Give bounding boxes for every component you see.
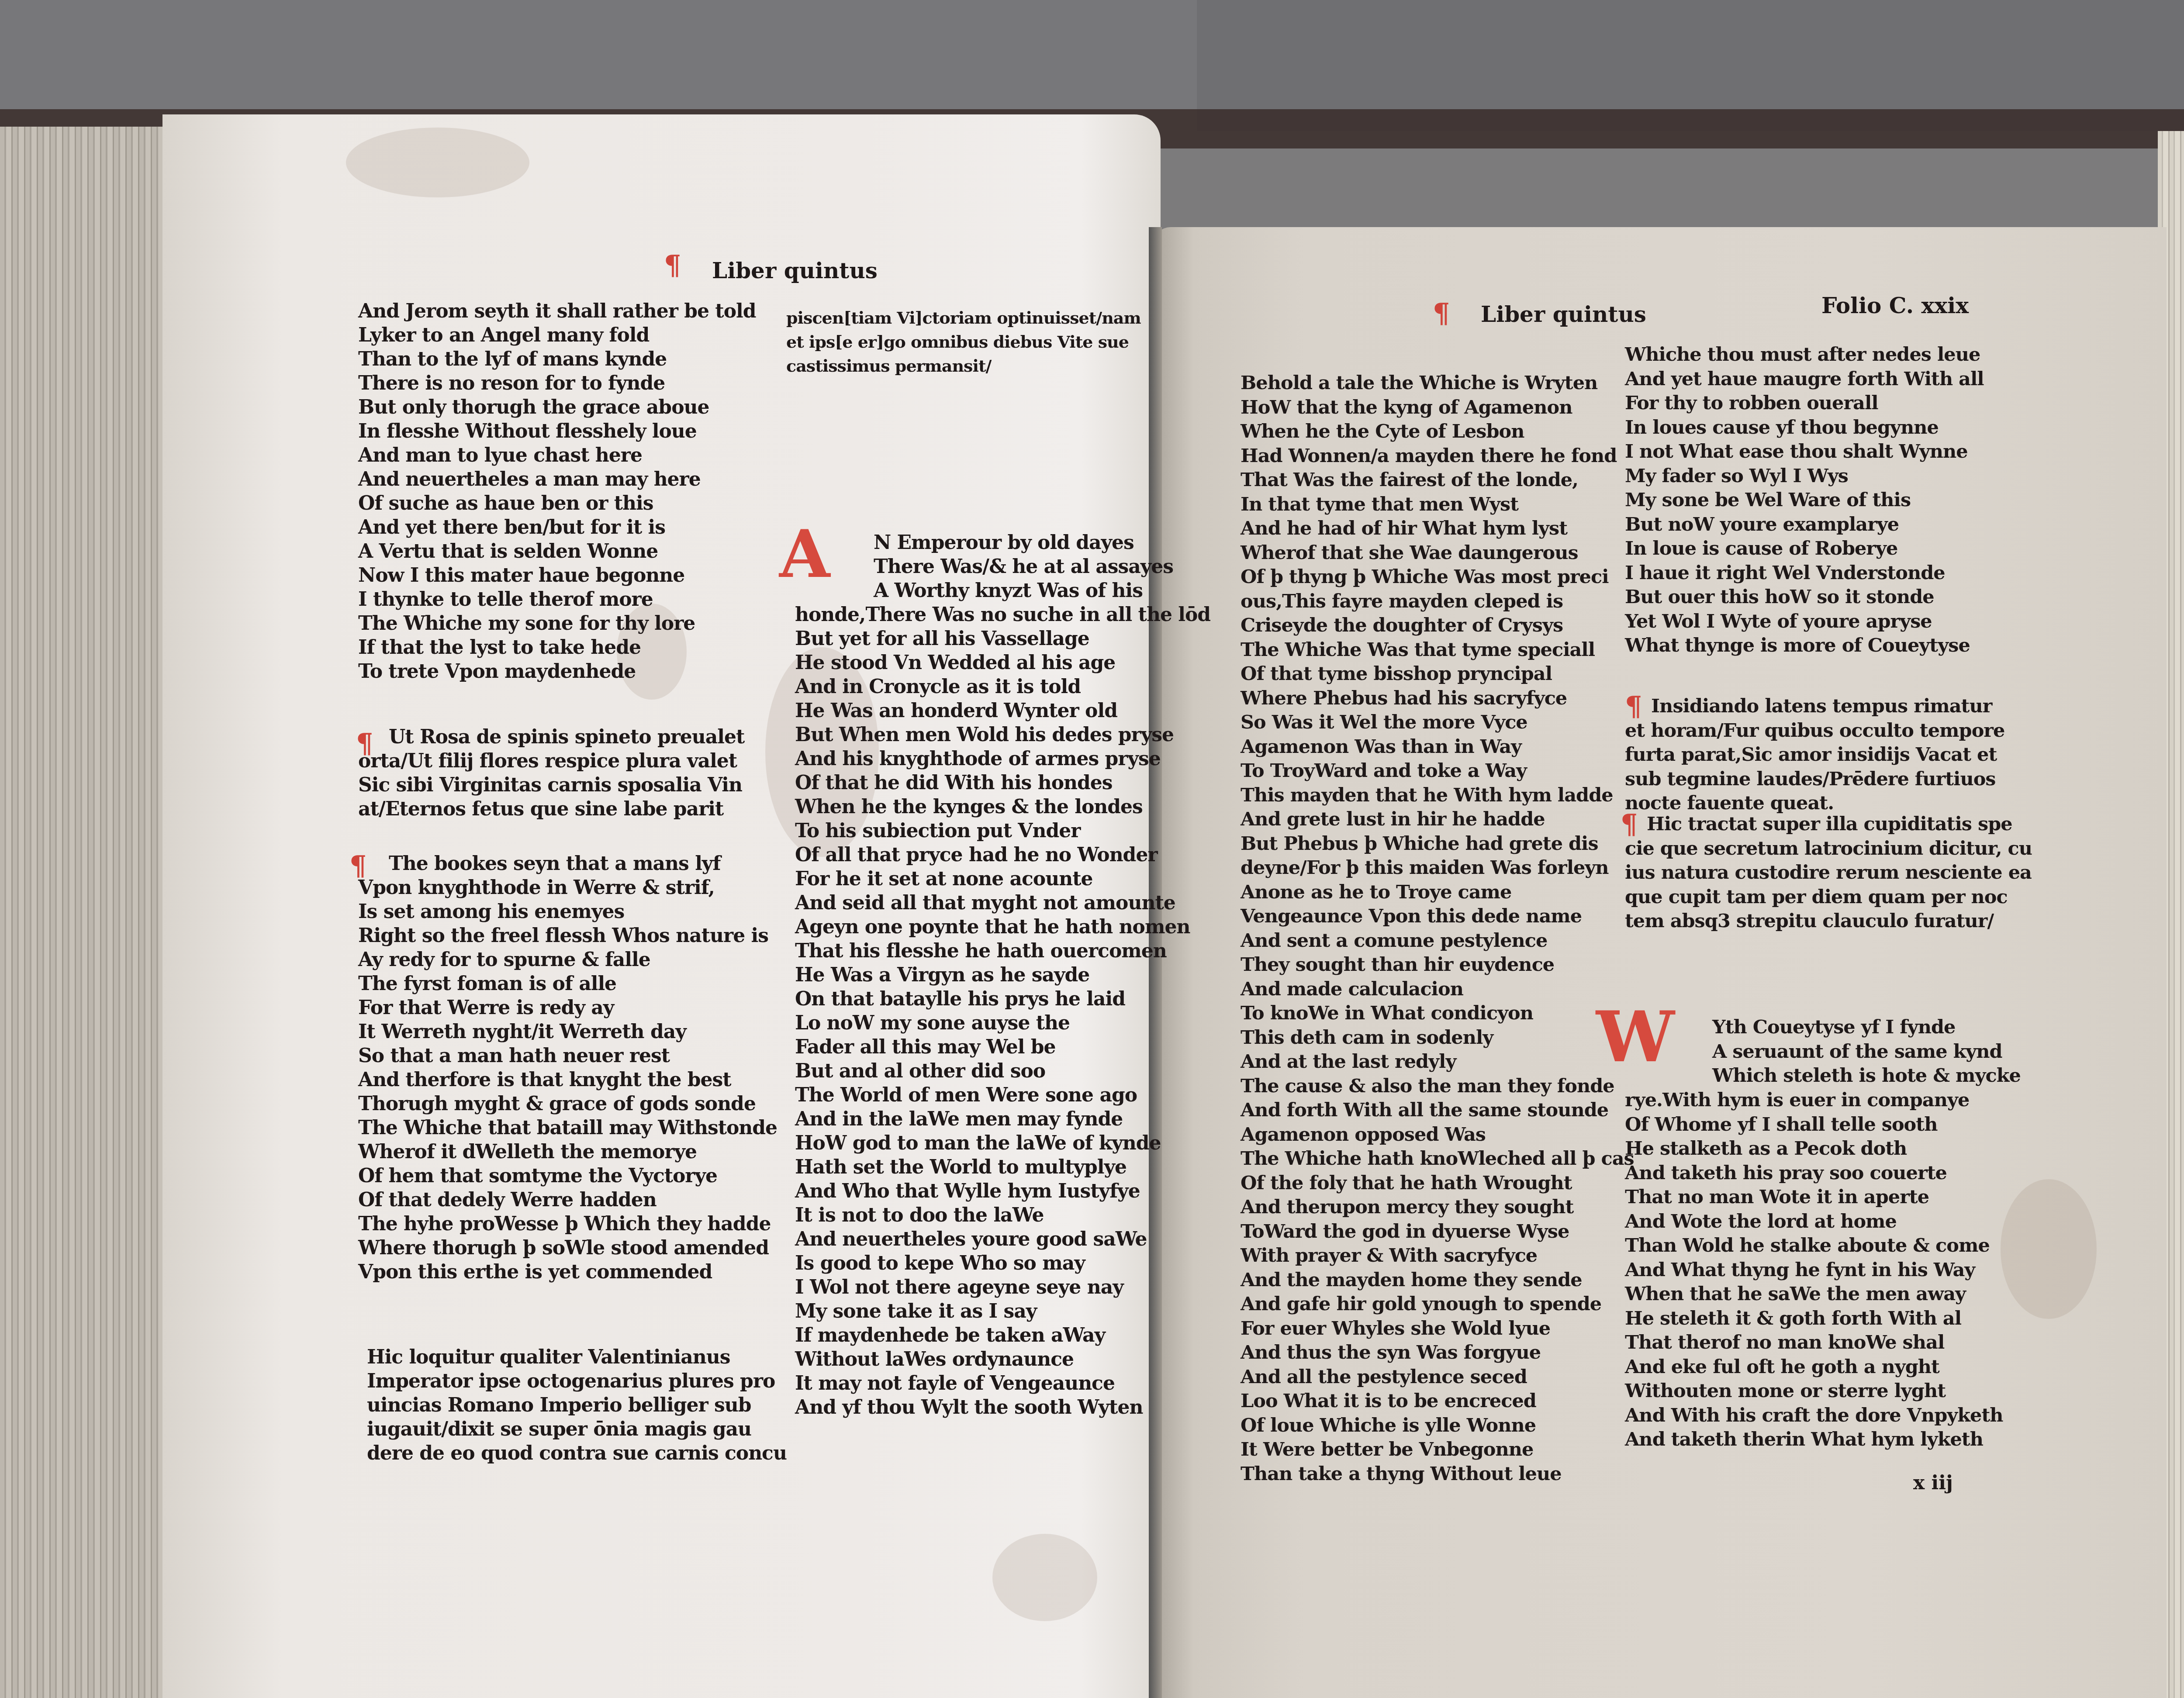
verse-line: The fyrst foman is of alle <box>358 972 777 996</box>
verse-line: Of suche as haue ben or this <box>358 491 756 515</box>
verse-line: And thus the syn Was forgyue <box>1241 1341 1634 1365</box>
left-col2-stanza: honde,There Was no suche in all the lōd … <box>795 603 1210 1419</box>
left-col1-latin-gloss-1: Ut Rosa de spinis spineto preualet orta/… <box>358 725 744 821</box>
verse-line: So that a man hath neuer rest <box>358 1044 777 1068</box>
verse-line: Than to the lyf of mans kynde <box>358 347 756 371</box>
pilcrow-mark: ¶ <box>1433 297 1450 329</box>
right-col2-stanza2: rye.With hym is euer in companye Of Whom… <box>1625 1088 2003 1452</box>
right-col2-indented-lines: Yth Coueytyse yf I fynde A seruaunt of t… <box>1712 1015 2021 1088</box>
verse-line: With prayer & With sacryfyce <box>1241 1244 1634 1268</box>
verse-line: Of loue Whiche is ylle Wonne <box>1241 1414 1634 1438</box>
foxing-stain <box>2001 1179 2097 1319</box>
verse-line: Is good to kepe Who so may <box>795 1251 1210 1275</box>
verse-line: And neuertheles a man may here <box>358 467 756 491</box>
verse-line: Fader all this may Wel be <box>795 1035 1210 1059</box>
verse-line: HoW that the kyng of Agamenon <box>1241 396 1634 420</box>
verse-line: In loue is cause of Roberye <box>1625 537 1984 561</box>
verse-line: And sent a comune pestylence <box>1241 929 1634 953</box>
latin-line: Sic sibi Virginitas carnis sposalia Vin <box>358 773 744 797</box>
verse-line: ToWard the god in dyuerse Wyse <box>1241 1220 1634 1244</box>
verse-line: Wherof it dWelleth the memorye <box>358 1140 777 1164</box>
verse-line: In loues cause yf thou begynne <box>1625 416 1984 440</box>
latin-line: piscen[tiam Vi]ctoriam optinuisset/nam <box>786 306 1141 330</box>
verse-line: My fader so Wyl I Wys <box>1625 464 1984 489</box>
verse-line: Thorugh myght & grace of gods sonde <box>358 1092 777 1116</box>
right-col2-stanza1: Whiche thou must after nedes leue And ye… <box>1625 343 1984 658</box>
verse-line: That therof no man knoWe shal <box>1625 1331 2003 1355</box>
verse-line: A seruaunt of the same kynd <box>1712 1040 2021 1064</box>
latin-line: ius natura custodire rerum nesciente ea <box>1625 861 2032 885</box>
verse-line: But ouer this hoW so it stonde <box>1625 585 1984 610</box>
verse-line: Lo noW my sone auyse the <box>795 1011 1210 1035</box>
verse-line: Right so the freel flessh Whos nature is <box>358 924 777 948</box>
verse-line: And therfore is that knyght the best <box>358 1068 777 1092</box>
verse-line: The Whiche my sone for thy lore <box>358 611 756 635</box>
verse-line: On that bataylle his prys he laid <box>795 987 1210 1011</box>
verse-line: And yf thou Wylt the sooth Wyten <box>795 1395 1210 1419</box>
signature-mark: x iij <box>1913 1472 1953 1494</box>
verse-line: Of that he did With his hondes <box>795 771 1210 795</box>
left-col2-latin-top: piscen[tiam Vi]ctoriam optinuisset/nam e… <box>786 306 1141 378</box>
latin-line: Hic loquitur qualiter Valentinianus <box>367 1345 787 1369</box>
verse-line: Where thorugh þ soWle stood amended <box>358 1236 777 1260</box>
verse-line: Withouten mone or sterre lyght <box>1625 1379 2003 1404</box>
verse-line: And gafe hir gold ynough to spende <box>1241 1292 1634 1317</box>
latin-line: uincias Romano Imperio belliger sub <box>367 1393 787 1417</box>
verse-line: But When men Wold his dedes pryse <box>795 723 1210 747</box>
verse-line: He Was an honderd Wynter old <box>795 699 1210 723</box>
verse-line: Vengeaunce Vpon this dede name <box>1241 904 1634 929</box>
verse-line: To his subiection put Vnder <box>795 819 1210 843</box>
latin-line: at/Eternos fetus que sine labe parit <box>358 797 744 821</box>
right-col1-verse: Behold a tale the Whiche is Wryten HoW t… <box>1241 371 1634 1486</box>
verse-line: Had Wonnen/a mayden there he fond <box>1241 444 1634 469</box>
verse-line: Yet Wol I Wyte of youre apryse <box>1625 610 1984 634</box>
verse-line: Anone as he to Troye came <box>1241 880 1634 905</box>
verse-line: For thy to robben ouerall <box>1625 391 1984 416</box>
latin-line: orta/Ut filij flores respice plura valet <box>358 749 744 773</box>
verse-line: It is not to doo the laWe <box>795 1203 1210 1227</box>
latin-line: Imperator ipse octogenarius plures pro <box>367 1369 787 1393</box>
verse-line: In that tyme that men Wyst <box>1241 493 1634 517</box>
verse-line: The World of men Were sone ago <box>795 1083 1210 1107</box>
verse-line: When he the kynges & the londes <box>795 795 1210 819</box>
verse-line: Of that tyme bisshop pryncipal <box>1241 662 1634 687</box>
damage-stain <box>992 1534 1097 1621</box>
verse-line: But only thorugh the grace aboue <box>358 395 756 419</box>
verse-line: Ageyn one poynte that he hath nomen <box>795 915 1210 939</box>
verse-line: It may not fayle of Vengeaunce <box>795 1371 1210 1395</box>
verse-line: He stalketh as a Pecok doth <box>1625 1137 2003 1161</box>
verse-line: When he the Cyte of Lesbon <box>1241 420 1634 444</box>
verse-line: When that he saWe the men away <box>1625 1282 2003 1307</box>
verse-line: And taketh therin What hym lyketh <box>1625 1428 2003 1452</box>
pilcrow-mark: ¶ <box>664 249 681 281</box>
verse-line: Whiche thou must after nedes leue <box>1625 343 1984 367</box>
verse-line: My sone be Wel Ware of this <box>1625 488 1984 513</box>
verse-line: Of all that pryce had he no Wonder <box>795 843 1210 867</box>
verse-line: What thynge is more of Coueytyse <box>1625 634 1984 658</box>
verse-line: For he it set at none acounte <box>795 867 1210 891</box>
verse-line: A Worthy knyzt Was of his <box>874 579 1173 603</box>
verse-line: And the mayden home they sende <box>1241 1268 1634 1293</box>
verse-line: And Wote the lord at home <box>1625 1210 2003 1234</box>
left-col2-indented-lines: N Emperour by old dayes There Was/& he a… <box>874 531 1173 603</box>
verse-line: And in Cronycle as it is told <box>795 675 1210 699</box>
verse-line: Is set among his enemyes <box>358 900 777 924</box>
verse-line: I not What ease thou shalt Wynne <box>1625 440 1984 464</box>
verse-line: And seid all that myght not amounte <box>795 891 1210 915</box>
verse-line: And man to lyue chast here <box>358 443 756 467</box>
latin-line: sub tegmine laudes/Prēdere furtiuos <box>1625 767 2004 792</box>
verse-line: And grete lust in hir he hadde <box>1241 808 1634 832</box>
verse-line: That no man Wote it in aperte <box>1625 1185 2003 1210</box>
verse-line: Criseyde the doughter of Crysys <box>1241 614 1634 638</box>
verse-line: And at the last redyly <box>1241 1050 1634 1074</box>
folio-number: Folio C. xxix <box>1821 293 1969 318</box>
verse-line: Ay redy for to spurne & falle <box>358 948 777 972</box>
verse-line: He Was a Virgyn as he sayde <box>795 963 1210 987</box>
verse-line: The Whiche that bataill may Withstonde <box>358 1116 777 1140</box>
latin-line: furta parat,Sic amor insidijs Vacat et <box>1625 743 2004 767</box>
verse-line: And in the laWe men may fynde <box>795 1107 1210 1131</box>
verse-line: In flesshe Without flesshely loue <box>358 419 756 443</box>
verse-line: So Was it Wel the more Vyce <box>1241 711 1634 735</box>
verse-line: Of þ thyng þ Whiche Was most preci <box>1241 565 1634 590</box>
verse-line: He stood Vn Wedded al his age <box>795 651 1210 675</box>
verse-line: The bookes seyn that a mans lyf <box>358 852 777 876</box>
latin-line: tem absq3 strepitu clauculo furatur/ <box>1625 909 2032 934</box>
verse-line: My sone take it as I say <box>795 1299 1210 1323</box>
verse-line: And yet there ben/but for it is <box>358 515 756 539</box>
verse-line: There is no reson for to fynde <box>358 371 756 395</box>
verse-line: The Whiche hath knoWleched all þ cas <box>1241 1147 1634 1171</box>
verse-line: HoW god to man the laWe of kynde <box>795 1131 1210 1155</box>
verse-line: To TroyWard and toke a Way <box>1241 759 1634 783</box>
latin-line: castissimus permansit/ <box>786 354 1141 378</box>
foxing-stain <box>346 128 529 197</box>
verse-line: That his flesshe he hath ouercomen <box>795 939 1210 963</box>
verse-line: This deth cam in sodenly <box>1241 1026 1634 1050</box>
verse-line: Which steleth is hote & mycke <box>1712 1064 2021 1088</box>
verse-line: For euer Whyles she Wold lyue <box>1241 1317 1634 1341</box>
latin-line: dere de eo quod contra sue carnis concu <box>367 1441 787 1465</box>
verse-line: And With his craft the dore Vnpyketh <box>1625 1404 2003 1428</box>
verse-line: Wherof that she Wae daungerous <box>1241 541 1634 566</box>
verse-line: N Emperour by old dayes <box>874 531 1173 555</box>
verse-line: To knoWe in What condicyon <box>1241 1001 1634 1026</box>
page-block-left-edge <box>0 127 164 1698</box>
latin-line: cie que secretum latrocinium dicitur, cu <box>1625 837 2032 861</box>
verse-line: But noW youre examplarye <box>1625 513 1984 537</box>
latin-line: et horam/Fur quibus occulto tempore <box>1625 719 2004 743</box>
running-head: Liber quintus <box>712 258 878 283</box>
verse-line: I thynke to telle therof more <box>358 587 756 611</box>
verse-line: He steleth it & goth forth With al <box>1625 1307 2003 1331</box>
verse-line: Than take a thyng Without leue <box>1241 1462 1634 1487</box>
verse-line: Now I this mater haue begonne <box>358 563 756 587</box>
verse-line: And neuertheles youre good saWe <box>795 1227 1210 1251</box>
left-col1-latin-gloss-2: Hic loquitur qualiter Valentinianus Impe… <box>367 1345 787 1465</box>
verse-line: And What thyng he fynt in his Way <box>1625 1258 2003 1283</box>
latin-line: Insidiando latens tempus rimatur <box>1625 694 2004 719</box>
verse-line: And his knyghthode of armes pryse <box>795 747 1210 771</box>
verse-line: ous,This fayre mayden cleped is <box>1241 590 1634 614</box>
latin-line: et ips[e er]go omnibus diebus Vite sue <box>786 330 1141 354</box>
verse-line: Agamenon opposed Was <box>1241 1123 1634 1147</box>
verse-line: But and al other did soo <box>795 1059 1210 1083</box>
verse-line: Vpon knyghthode in Werre & strif, <box>358 876 777 900</box>
rubricated-initial-w: W <box>1594 1000 1676 1073</box>
right-col2-latin-gloss-2: Hic tractat super illa cupiditatis spe c… <box>1625 812 2032 934</box>
verse-line: Loo What it is to be encreced <box>1241 1389 1634 1414</box>
verse-line: Agamenon Was than in Way <box>1241 735 1634 759</box>
verse-line: To trete Vpon maydenhede <box>358 659 756 683</box>
verse-line: Of the foly that he hath Wrought <box>1241 1171 1634 1196</box>
verse-line: And Who that Wylle hym Iustyfye <box>795 1179 1210 1203</box>
verse-line: That Was the fairest of the londe, <box>1241 468 1634 493</box>
verse-line: Yth Coueytyse yf I fynde <box>1712 1015 2021 1040</box>
verse-line: They sought than hir euydence <box>1241 953 1634 977</box>
verse-line: Than Wold he stalke aboute & come <box>1625 1234 2003 1258</box>
left-col1-stanza1: And Jerom seyth it shall rather be told … <box>358 299 756 683</box>
verse-line: I Wol not there ageyne seye nay <box>795 1275 1210 1299</box>
verse-line: deyne/For þ this maiden Was forleyn <box>1241 856 1634 880</box>
latin-line: iugauit/dixit se super ōnia magis gau <box>367 1417 787 1441</box>
verse-line: rye.With hym is euer in companye <box>1625 1088 2003 1113</box>
verse-line: And yet haue maugre forth With all <box>1625 367 1984 392</box>
verse-line: There Was/& he at al assayes <box>874 555 1173 579</box>
verse-line: And Jerom seyth it shall rather be told <box>358 299 756 323</box>
verse-line: It Werreth nyght/it Werreth day <box>358 1020 777 1044</box>
verse-line: The cause & also the man they fonde <box>1241 1074 1634 1099</box>
verse-line: It Were better be Vnbegonne <box>1241 1438 1634 1462</box>
verse-line: Where Phebus had his sacryfyce <box>1241 687 1634 711</box>
rubricated-initial-a: A <box>778 520 832 589</box>
verse-line: Vpon this erthe is yet commended <box>358 1260 777 1284</box>
verse-line: If that the lyst to take hede <box>358 635 756 659</box>
verse-line: Behold a tale the Whiche is Wryten <box>1241 371 1634 396</box>
verse-line: The Whiche Was that tyme speciall <box>1241 638 1634 663</box>
verse-line: This mayden that he With hym ladde <box>1241 783 1634 808</box>
verse-line: And taketh his pray soo couerte <box>1625 1161 2003 1186</box>
running-head: Liber quintus <box>1481 301 1646 327</box>
verse-line: Of that dedely Werre hadden <box>358 1188 777 1212</box>
verse-line: Lyker to an Angel many fold <box>358 323 756 347</box>
latin-line: que cupit tam per diem quam per noc <box>1625 885 2032 910</box>
left-col1-stanza2: The bookes seyn that a mans lyf Vpon kny… <box>358 852 777 1284</box>
verse-line: And eke ful oft he goth a nyght <box>1625 1355 2003 1380</box>
verse-line: Hath set the World to multyplye <box>795 1155 1210 1179</box>
verse-line: The hyhe proWesse þ Which they hadde <box>358 1212 777 1236</box>
verse-line: A Vertu that is selden Wonne <box>358 539 756 563</box>
verse-line: But Phebus þ Whiche had grete dis <box>1241 832 1634 856</box>
latin-line: Hic tractat super illa cupiditatis spe <box>1625 812 2032 837</box>
verse-line: But yet for all his Vassellage <box>795 627 1210 651</box>
verse-line: If maydenhede be taken aWay <box>795 1323 1210 1347</box>
verse-line: And he had of hir What hym lyst <box>1241 517 1634 541</box>
verse-line: And forth With all the same stounde <box>1241 1098 1634 1123</box>
verse-line: And made calculacion <box>1241 977 1634 1002</box>
verse-line: honde,There Was no suche in all the lōd <box>795 603 1210 627</box>
verse-line: Of Whome yf I shall telle sooth <box>1625 1113 2003 1137</box>
verse-line: Of hem that somtyme the Vyctorye <box>358 1164 777 1188</box>
verse-line: Without laWes ordynaunce <box>795 1347 1210 1371</box>
verse-line: I haue it right Wel Vnderstonde <box>1625 561 1984 586</box>
verse-line: And all the pestylence seced <box>1241 1365 1634 1390</box>
verse-line: And therupon mercy they sought <box>1241 1195 1634 1220</box>
right-col2-latin-gloss-1: Insidiando latens tempus rimatur et hora… <box>1625 694 2004 816</box>
latin-line: Ut Rosa de spinis spineto preualet <box>358 725 744 749</box>
verse-line: For that Werre is redy ay <box>358 996 777 1020</box>
